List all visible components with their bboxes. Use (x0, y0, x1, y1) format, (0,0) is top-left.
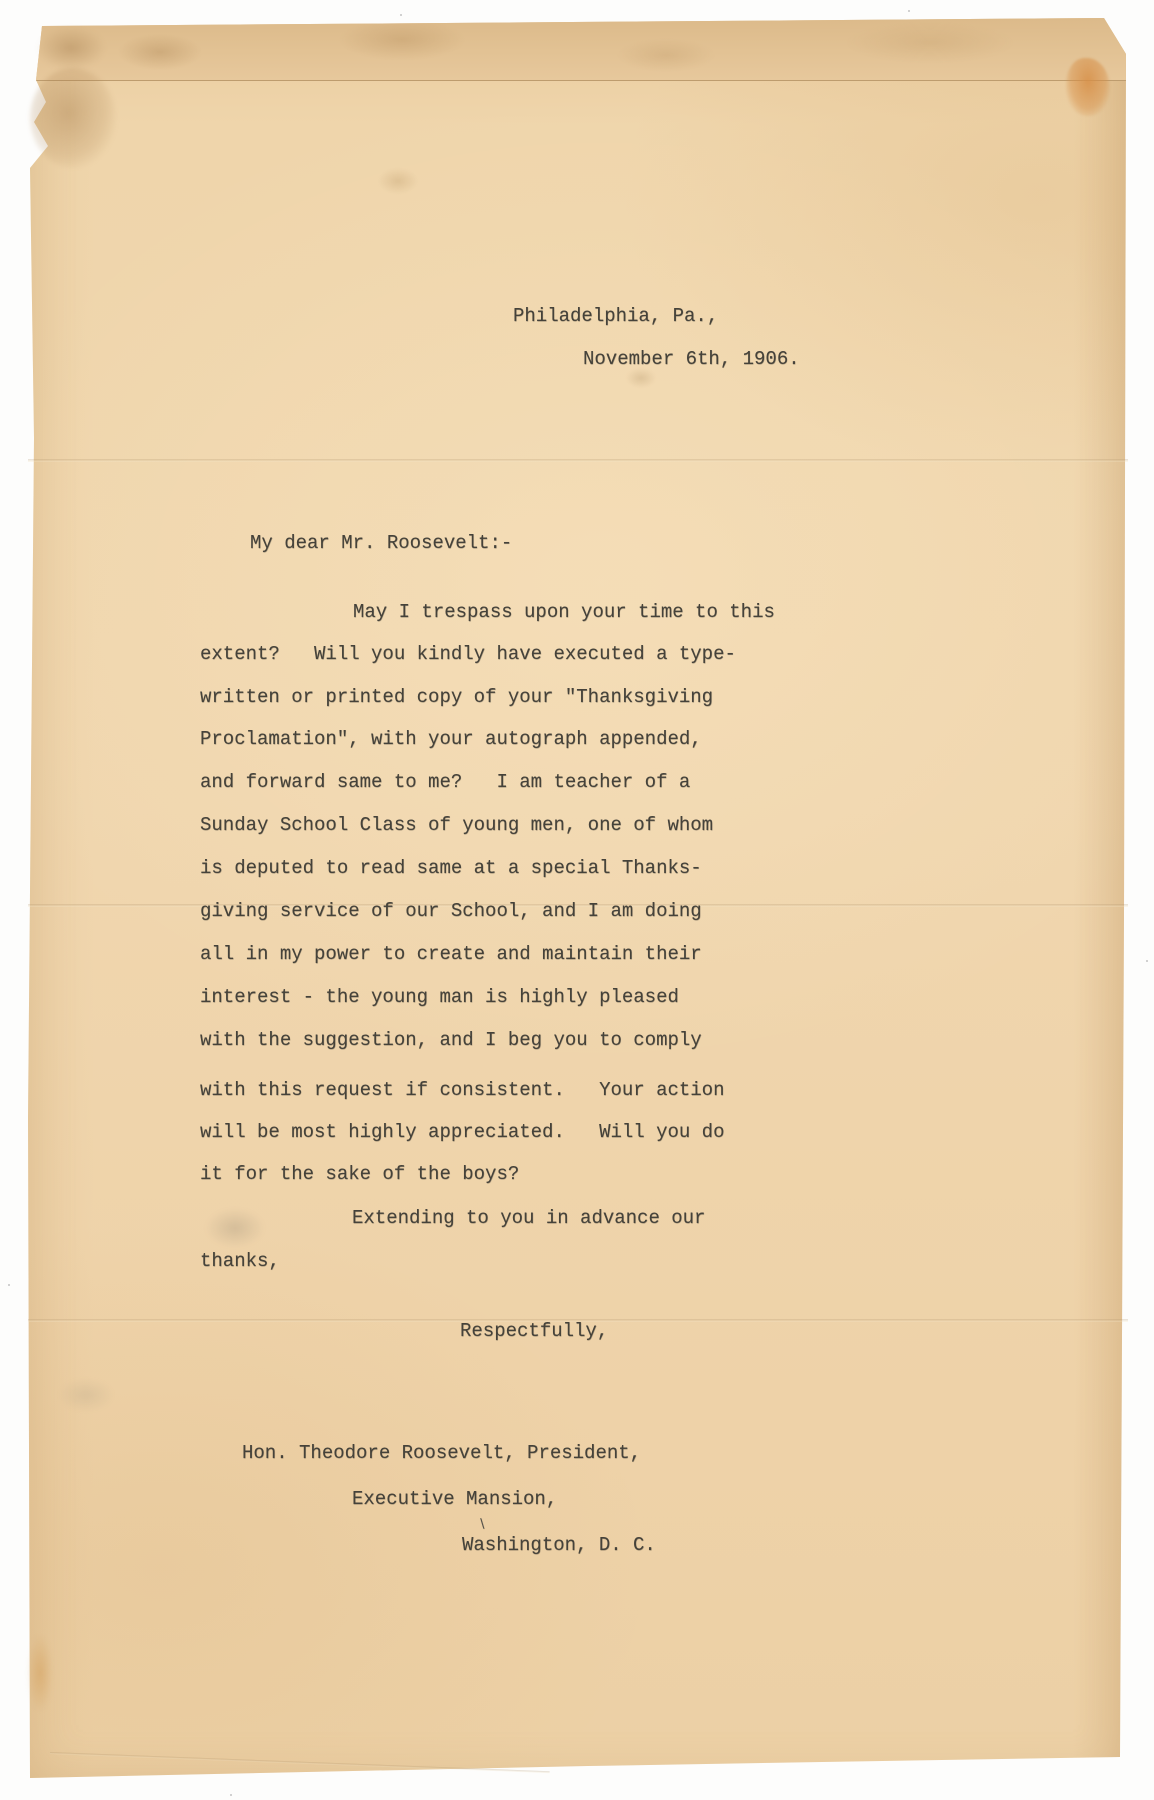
gray-smudge (58, 1378, 114, 1412)
fold-crease-upper (28, 459, 1128, 462)
salutation: My dear Mr. Roosevelt:- (250, 530, 512, 556)
aged-top-band (28, 18, 1128, 81)
date-line: November 6th, 1906. (583, 346, 800, 372)
body-line: it for the sake of the boys? (200, 1161, 519, 1187)
body-line: all in my power to create and maintain t… (200, 941, 702, 967)
body-line: written or printed copy of your "Thanksg… (200, 684, 713, 710)
closing: Respectfully, (460, 1318, 608, 1344)
body-line: Sunday School Class of young men, one of… (200, 812, 713, 838)
recipient-city-line: Washington, D. C. (462, 1532, 656, 1558)
body-line: and forward same to me? I am teacher of … (200, 769, 690, 795)
body-line: will be most highly appreciated. Will yo… (200, 1119, 725, 1145)
place-line: Philadelphia, Pa., (513, 303, 718, 329)
dust-speck (908, 10, 910, 12)
body-line: thanks, (200, 1248, 280, 1274)
body-line: interest - the young man is highly pleas… (200, 984, 679, 1010)
body-line: Extending to you in advance our (352, 1205, 705, 1231)
corner-stain (36, 26, 106, 70)
body-line: Proclamation", with your autograph appen… (200, 726, 702, 752)
orange-stain (1066, 58, 1110, 116)
edge-stain (28, 1636, 52, 1710)
body-line: giving service of our School, and I am d… (200, 898, 702, 924)
dust-speck (400, 14, 402, 16)
body-line: is deputed to read same at a special Tha… (200, 855, 702, 881)
faint-spot (378, 168, 418, 194)
body-line: with this request if consistent. Your ac… (200, 1077, 725, 1103)
dust-speck (8, 1284, 10, 1286)
body-line: with the suggestion, and I beg you to co… (200, 1027, 702, 1053)
scanned-letter-page: Philadelphia, Pa., November 6th, 1906. M… (0, 0, 1154, 1800)
recipient-address-line: Executive Mansion, (352, 1486, 557, 1512)
dust-speck (1146, 960, 1148, 962)
dust-speck (230, 1794, 232, 1796)
gray-smudge (205, 1208, 265, 1248)
fingerprint-stain (30, 68, 116, 168)
body-line: extent? Will you kindly have executed a … (200, 641, 736, 667)
body-line: May I trespass upon your time to this (353, 599, 775, 625)
recipient-name-line: Hon. Theodore Roosevelt, President, (242, 1440, 641, 1466)
